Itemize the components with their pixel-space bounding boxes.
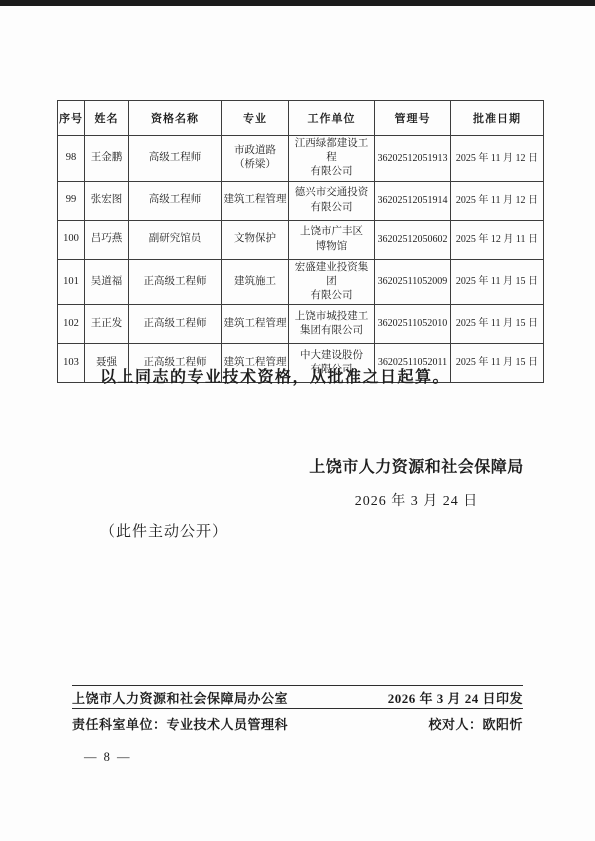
issuing-organization: 上饶市人力资源和社会保障局 xyxy=(300,454,533,477)
cell-qualification: 高级工程师 xyxy=(129,136,222,182)
col-header-employer: 工作单位 xyxy=(289,101,375,136)
cell-mgmt-no: 36202511052010 xyxy=(375,305,451,344)
table-row: 99张宏图高级工程师建筑工程管理德兴市交通投资 有限公司362025120519… xyxy=(58,181,544,220)
cell-mgmt-no: 36202511052009 xyxy=(375,259,451,305)
disclosure-note: （此件主动公开） xyxy=(100,520,228,541)
table-header-row: 序号姓名资格名称专业工作单位管理号批准日期 xyxy=(58,101,544,136)
cell-employer: 德兴市交通投资 有限公司 xyxy=(289,181,375,220)
table-row: 100吕巧燕副研究馆员文物保护上饶市广丰区 博物馆362025120506022… xyxy=(58,220,544,259)
cell-no: 100 xyxy=(58,220,85,259)
cell-approval-date: 2025 年 11 月 15 日 xyxy=(451,259,544,305)
col-header-qualification: 资格名称 xyxy=(129,101,222,136)
col-header-mgmt-no: 管理号 xyxy=(375,101,451,136)
cell-approval-date: 2025 年 11 月 15 日 xyxy=(451,305,544,344)
footer-divider-middle xyxy=(72,708,523,709)
table-row: 101吴道福正高级工程师建筑施工宏盛建业投资集团 有限公司36202511052… xyxy=(58,259,544,305)
cell-qualification: 副研究馆员 xyxy=(129,220,222,259)
signature-block: 上饶市人力资源和社会保障局 2026 年 3 月 24 日 xyxy=(300,454,533,510)
cell-no: 101 xyxy=(58,259,85,305)
cell-qualification: 正高级工程师 xyxy=(129,305,222,344)
footer-office: 上饶市人力资源和社会保障局办公室 xyxy=(72,688,288,707)
cell-name: 吕巧燕 xyxy=(85,220,129,259)
table-row: 102王正发正高级工程师建筑工程管理上饶市城投建工 集团有限公司36202511… xyxy=(58,305,544,344)
cell-approval-date: 2025 年 11 月 12 日 xyxy=(451,136,544,182)
cell-major: 建筑施工 xyxy=(222,259,289,305)
footer-divider-top xyxy=(72,685,523,686)
footer-responsible-dept: 责任科室单位：专业技术人员管理科 xyxy=(72,714,288,733)
document-page: 序号姓名资格名称专业工作单位管理号批准日期 98王金鹏高级工程师市政道路 （桥梁… xyxy=(0,0,595,841)
cell-no: 98 xyxy=(58,136,85,182)
cell-no: 102 xyxy=(58,305,85,344)
cell-approval-date: 2025 年 12 月 11 日 xyxy=(451,220,544,259)
cell-name: 张宏图 xyxy=(85,181,129,220)
cell-employer: 宏盛建业投资集团 有限公司 xyxy=(289,259,375,305)
footer-proofreader: 校对人：欧阳忻 xyxy=(428,714,523,733)
footer-imprint-row: 上饶市人力资源和社会保障局办公室 2026 年 3 月 24 日印发 xyxy=(72,689,523,705)
cell-major: 文物保护 xyxy=(222,220,289,259)
cell-mgmt-no: 36202512051914 xyxy=(375,181,451,220)
col-header-no: 序号 xyxy=(58,101,85,136)
cell-employer: 上饶市广丰区 博物馆 xyxy=(289,220,375,259)
qualification-table: 序号姓名资格名称专业工作单位管理号批准日期 98王金鹏高级工程师市政道路 （桥梁… xyxy=(57,100,544,383)
col-header-name: 姓名 xyxy=(85,101,129,136)
cell-no: 99 xyxy=(58,181,85,220)
cell-employer: 江西绿都建设工程 有限公司 xyxy=(289,136,375,182)
footer-print-date: 2026 年 3 月 24 日印发 xyxy=(388,688,523,707)
issue-date: 2026 年 3 月 24 日 xyxy=(300,490,533,510)
scan-edge-artifact xyxy=(0,0,595,6)
cell-major: 建筑工程管理 xyxy=(222,305,289,344)
cell-employer: 上饶市城投建工 集团有限公司 xyxy=(289,305,375,344)
table-body: 98王金鹏高级工程师市政道路 （桥梁）江西绿都建设工程 有限公司36202512… xyxy=(58,136,544,383)
cell-qualification: 正高级工程师 xyxy=(129,259,222,305)
cell-mgmt-no: 36202512051913 xyxy=(375,136,451,182)
col-header-approval-date: 批准日期 xyxy=(451,101,544,136)
col-header-major: 专业 xyxy=(222,101,289,136)
cell-no: 103 xyxy=(58,344,85,383)
cell-name: 吴道福 xyxy=(85,259,129,305)
cell-qualification: 高级工程师 xyxy=(129,181,222,220)
cell-approval-date: 2025 年 11 月 12 日 xyxy=(451,181,544,220)
cell-major: 建筑工程管理 xyxy=(222,181,289,220)
table-header: 序号姓名资格名称专业工作单位管理号批准日期 xyxy=(58,101,544,136)
cell-major: 市政道路 （桥梁） xyxy=(222,136,289,182)
cell-mgmt-no: 36202512050602 xyxy=(375,220,451,259)
cell-name: 王金鹏 xyxy=(85,136,129,182)
cell-approval-date: 2025 年 11 月 15 日 xyxy=(451,344,544,383)
table-row: 98王金鹏高级工程师市政道路 （桥梁）江西绿都建设工程 有限公司36202512… xyxy=(58,136,544,182)
effective-date-statement: 以上同志的专业技术资格，从批准之日起算。 xyxy=(100,364,450,387)
footer-responsibility-row: 责任科室单位：专业技术人员管理科 校对人：欧阳忻 xyxy=(72,715,523,731)
cell-name: 王正发 xyxy=(85,305,129,344)
page-number: — 8 — xyxy=(84,750,132,765)
